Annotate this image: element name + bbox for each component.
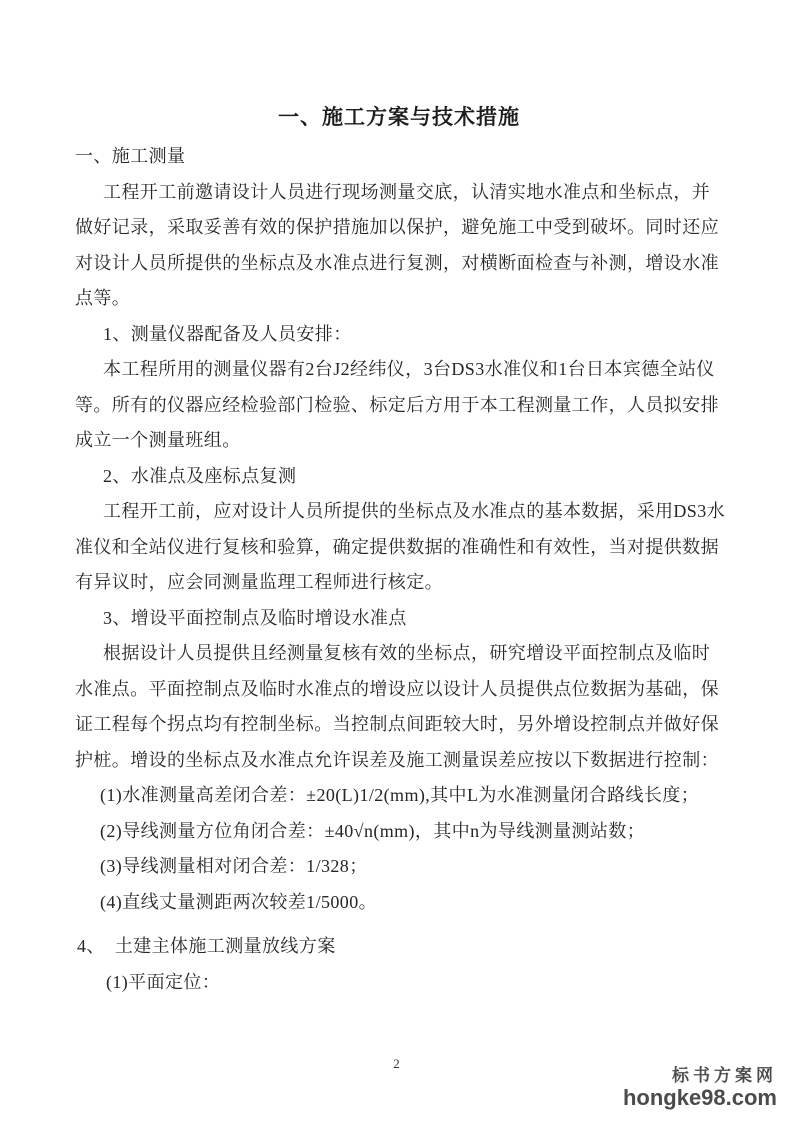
item2-heading: 2、水准点及座标点复测 — [75, 459, 723, 495]
item3-heading: 3、增设平面控制点及临时增设水准点 — [75, 601, 723, 637]
watermark-site-url: hongke98.com — [623, 1086, 777, 1110]
intro-paragraph-line: 点等。 — [75, 281, 723, 317]
item2-paragraph-line: 工程开工前，应对设计人员所提供的坐标点及水准点的基本数据，采用DS3水 — [75, 494, 723, 530]
tolerance-item: (1)水准测量高差闭合差：±20(L)1/2(mm),其中L为水准测量闭合路线长… — [75, 778, 723, 814]
watermark-site-name: 标书方案网 — [623, 1067, 777, 1086]
intro-paragraph-line: 做好记录，采取妥善有效的保护措施加以保护，避免施工中受到破坏。同时还应 — [75, 210, 723, 246]
item3-paragraph-line: 证工程每个拐点均有控制坐标。当控制点间距较大时，另外增设控制点并做好保 — [75, 707, 723, 743]
section-heading: 一、施工测量 — [75, 139, 723, 175]
tolerance-item: (3)导线测量相对闭合差：1/328； — [75, 849, 723, 885]
item1-paragraph-line: 等。所有的仪器应经检验部门检验、标定后方用于本工程测量工作，人员拟安排 — [75, 388, 723, 424]
item4-heading-text: 土建主体施工测量放线方案 — [115, 936, 336, 956]
item4-sub-item: (1)平面定位： — [75, 965, 723, 1001]
item1-paragraph-line: 成立一个测量班组。 — [75, 423, 723, 459]
item3-paragraph-line: 护桩。增设的坐标点及水准点允许误差及施工测量误差应按以下数据进行控制： — [75, 743, 723, 779]
intro-paragraph-line: 对设计人员所提供的坐标点及水准点进行复测，对横断面检查与补测，增设水准 — [75, 246, 723, 282]
item2-paragraph-line: 有异议时，应会同测量监理工程师进行核定。 — [75, 565, 723, 601]
intro-paragraph-line: 工程开工前邀请设计人员进行现场测量交底，认清实地水准点和坐标点，并 — [75, 175, 723, 211]
document-page: 一、施工方案与技术措施 一、施工测量 工程开工前邀请设计人员进行现场测量交底，认… — [0, 0, 793, 1122]
watermark: 标书方案网 hongke98.com — [623, 1067, 777, 1110]
tolerance-item: (4)直线丈量测距两次较差1/5000。 — [75, 885, 723, 921]
tolerance-item: (2)导线测量方位角闭合差：±40√n(mm)，其中n为导线测量测站数； — [75, 814, 723, 850]
item3-paragraph-line: 水准点。平面控制点及临时水准点的增设应以设计人员提供点位数据为基础，保 — [75, 672, 723, 708]
item4-number: 4、 — [77, 936, 105, 956]
item2-paragraph-line: 准仪和全站仪进行复核和验算，确定提供数据的准确性和有效性，当对提供数据 — [75, 530, 723, 566]
document-content: 一、施工方案与技术措施 一、施工测量 工程开工前邀请设计人员进行现场测量交底，认… — [75, 97, 723, 1000]
item1-paragraph-line: 本工程所用的测量仪器有2台J2经纬仪，3台DS3水准仪和1台日本宾德全站仪 — [75, 352, 723, 388]
document-title: 一、施工方案与技术措施 — [75, 97, 723, 137]
item4-heading: 4、土建主体施工测量放线方案 — [75, 929, 723, 965]
item3-paragraph-line: 根据设计人员提供且经测量复核有效的坐标点，研究增设平面控制点及临时 — [75, 636, 723, 672]
item1-heading: 1、测量仪器配备及人员安排： — [75, 317, 723, 353]
